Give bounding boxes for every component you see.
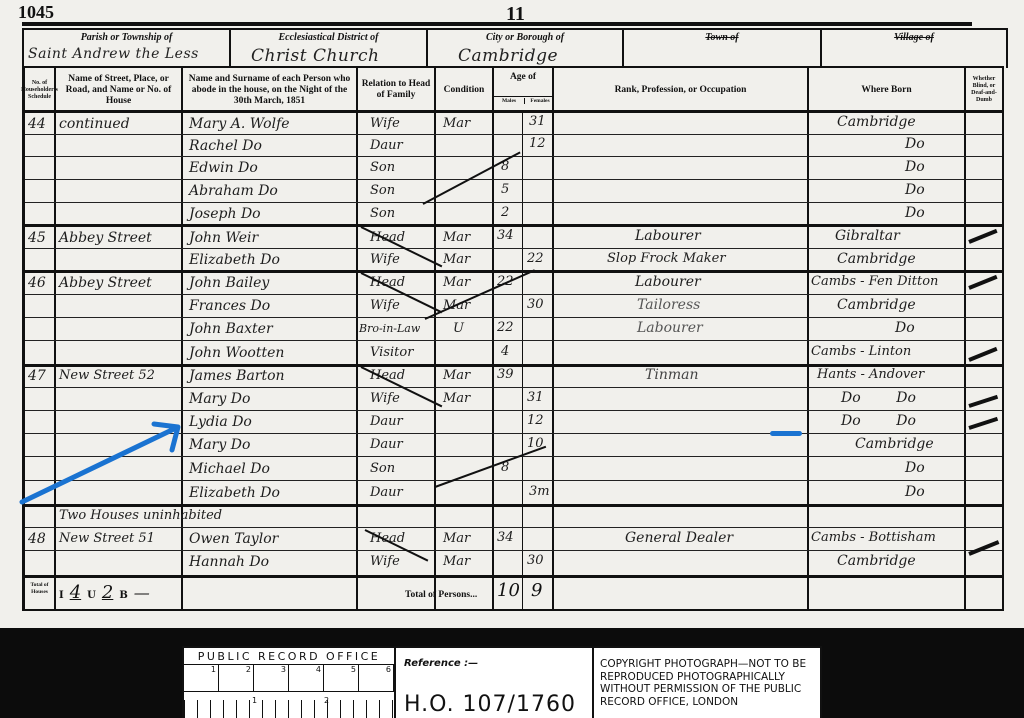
v-rule: [434, 112, 436, 609]
person-name: Owen Taylor: [189, 529, 278, 549]
street-address: New Street 51: [59, 529, 155, 549]
male-age: 22: [497, 318, 514, 338]
reference-value: H.O. 107/1760: [404, 692, 576, 717]
relation: Son: [370, 181, 395, 201]
scale-mark: 5: [324, 665, 359, 691]
male-age: 34: [497, 226, 514, 246]
birthplace: Cambridge: [837, 249, 916, 269]
person-name: John Bailey: [189, 273, 269, 293]
v-rule: [964, 112, 966, 609]
eccl-value: Christ Church: [251, 46, 379, 66]
eccl-label: Ecclesiastical District of: [231, 32, 426, 43]
col-relation-header: Relation to Head of Family: [358, 68, 436, 112]
relation: Wife: [370, 296, 400, 316]
relation: Wife: [370, 552, 400, 572]
building-count: —: [134, 583, 150, 602]
relation: Son: [370, 204, 395, 224]
person-name: James Barton: [189, 366, 285, 386]
occupation: Labourer: [635, 226, 701, 246]
col-blind-header: Whether Blind, or Deaf-and-Dumb: [966, 68, 1002, 112]
relation: Bro-in-Law: [359, 319, 420, 339]
eccl-cell: Ecclesiastical District of Christ Church: [231, 30, 428, 68]
schedule-number: 47: [28, 366, 46, 386]
male-age: 4: [501, 342, 509, 362]
birthplace: Cambridge: [837, 295, 916, 315]
col-males-header: Males: [494, 98, 524, 104]
occupation: Slop Frock Maker: [607, 249, 726, 269]
female-age: 12: [529, 134, 546, 154]
row-rule: [25, 340, 1002, 341]
relation: Head: [370, 366, 405, 386]
female-age: 3m: [529, 482, 550, 502]
scale-mark: 4: [289, 665, 324, 691]
uninhabited-note: Two Houses uninhabited: [59, 506, 222, 526]
relation: Wife: [370, 114, 400, 134]
total-males: 10: [497, 580, 520, 601]
v-rule: [54, 112, 56, 609]
annotation-dash: [770, 431, 802, 436]
female-age: 30: [527, 551, 544, 571]
scale-mark: 1: [184, 665, 219, 691]
v-rule: [492, 112, 494, 609]
parish-value: Saint Andrew the Less: [28, 46, 199, 62]
male-age: 34: [497, 528, 514, 548]
schedule-number: 48: [28, 529, 46, 549]
village-cell: Village of: [822, 30, 1006, 68]
occupation: Labourer: [635, 272, 701, 292]
building-prefix: B: [119, 590, 127, 601]
birthplace: Cambridge: [837, 551, 916, 571]
census-table: No. of Householder's Schedule Name of St…: [22, 66, 1004, 611]
female-age: 22: [527, 249, 544, 269]
blind-mark: [968, 275, 997, 290]
relation: Daur: [370, 412, 403, 432]
total-houses-label: Total of Houses: [25, 578, 54, 609]
relation: Son: [370, 459, 395, 479]
condition: Mar: [443, 529, 470, 549]
v-rule: [181, 112, 183, 609]
inhabited-prefix: I: [59, 590, 64, 601]
relation: Son: [370, 158, 395, 178]
birthplace: Cambridge: [837, 112, 916, 132]
person-name: Lydia Do: [189, 412, 252, 432]
birthplace: Do: [905, 203, 925, 223]
birthplace: Do: [905, 482, 925, 502]
occupation: Tailoress: [637, 295, 700, 315]
occupation: General Dealer: [625, 528, 733, 548]
street-address: Abbey Street: [59, 228, 152, 248]
age-of-label: Age of: [510, 72, 536, 83]
male-age: 2: [501, 203, 509, 223]
blind-mark: [968, 395, 998, 408]
city-label: City or Borough of: [428, 32, 622, 43]
v-rule: [356, 112, 358, 609]
person-name: Michael Do: [189, 459, 270, 479]
scale-mark: 6: [359, 665, 394, 691]
birthplace: Do: [905, 180, 925, 200]
col-name-header: Name and Surname of each Person who abod…: [183, 68, 358, 112]
relation: Daur: [370, 136, 403, 156]
top-rule: [22, 22, 972, 26]
age-divider: [494, 96, 554, 97]
female-age: 31: [529, 112, 546, 132]
birthplace: Cambs - Linton: [811, 342, 911, 362]
male-age: 5: [501, 180, 509, 200]
row-rule: [25, 134, 1002, 135]
condition: Mar: [443, 552, 470, 572]
total-females: 9: [531, 580, 542, 601]
birthplace: Cambridge: [855, 434, 934, 454]
birthplace: Do: [895, 318, 915, 338]
copyright-notice: COPYRIGHT PHOTOGRAPH—NOT TO BE REPRODUCE…: [594, 648, 820, 718]
col-occupation-header: Rank, Profession, or Occupation: [554, 68, 809, 112]
birthplace: Do Do: [841, 388, 916, 408]
birthplace: Hants - Andover: [817, 365, 924, 385]
cm-scale: 1 2 3 4 5 6: [184, 665, 394, 692]
scale-panel: PUBLIC RECORD OFFICE 1 2 3 4 5 6 1 2: [184, 648, 396, 718]
uninhabited-count: 2: [102, 582, 113, 603]
condition: Mar: [443, 389, 470, 409]
col-schedule-header: No. of Householder's Schedule: [25, 68, 56, 112]
blind-mark: [968, 347, 997, 362]
totals-rule: [25, 575, 1002, 578]
birthplace: Cambs - Bottisham: [811, 528, 936, 548]
row-rule: [25, 202, 1002, 203]
col-females-header: Females: [524, 98, 555, 104]
schedule-number: 46: [28, 273, 46, 293]
birthplace: Do: [905, 134, 925, 154]
relation: Daur: [370, 435, 403, 455]
scale-mark: 3: [254, 665, 289, 691]
street-address: continued: [59, 114, 130, 134]
relation: Wife: [370, 389, 400, 409]
reference-label: Reference :—: [404, 658, 478, 669]
reference-panel: Reference :— H.O. 107/1760: [396, 648, 594, 718]
person-name: John Weir: [189, 228, 258, 248]
col-age-header: Age of: [494, 68, 554, 112]
person-name: Edwin Do: [189, 158, 258, 178]
condition: Mar: [443, 114, 470, 134]
relation: Daur: [370, 483, 403, 503]
parish-cell: Parish or Township of Saint Andrew the L…: [24, 30, 231, 68]
birthplace: Gibraltar: [835, 226, 900, 246]
inhabited-count: 4: [70, 582, 81, 603]
office-title: PUBLIC RECORD OFFICE: [184, 648, 394, 665]
female-age: 12: [527, 411, 544, 431]
person-name: Abraham Do: [189, 181, 278, 201]
v-rule: [552, 112, 554, 609]
schedule-number: 45: [28, 228, 46, 248]
city-value: Cambridge: [458, 46, 558, 66]
person-name: John Baxter: [189, 319, 273, 339]
occupation: Labourer: [637, 318, 703, 338]
person-name: Mary Do: [189, 389, 250, 409]
relation: Visitor: [370, 343, 413, 363]
col-street-header: Name of Street, Place, or Road, and Name…: [56, 68, 183, 112]
condition: U: [453, 319, 464, 339]
schedule-number: 44: [28, 114, 46, 134]
col-condition-header: Condition: [436, 68, 494, 112]
uninhabited-prefix: U: [87, 590, 96, 601]
person-name: Elizabeth Do: [189, 483, 280, 503]
relation: Wife: [370, 250, 400, 270]
person-name: Mary Do: [189, 435, 250, 455]
occupation: Tinman: [645, 365, 698, 385]
city-cell: City or Borough of Cambridge: [428, 30, 624, 68]
person-name: Mary A. Wolfe: [189, 114, 290, 134]
person-name: Rachel Do: [189, 136, 262, 156]
condition: Mar: [443, 250, 470, 270]
inch-scale: [184, 700, 394, 718]
blind-mark: [968, 229, 997, 244]
male-age: 39: [497, 365, 514, 385]
village-label: Village of: [822, 32, 1006, 43]
v-rule: [807, 112, 809, 609]
street-address: Abbey Street: [59, 273, 152, 293]
blind-mark: [968, 417, 998, 430]
parish-label: Parish or Township of: [24, 32, 229, 43]
birthplace: Cambs - Fen Ditton: [811, 272, 938, 292]
town-cell: Town of: [624, 30, 822, 68]
birthplace: Do: [905, 157, 925, 177]
condition: Mar: [443, 228, 470, 248]
folio-mark: 1045: [18, 2, 54, 23]
total-persons-label: Total of Persons...: [405, 590, 477, 600]
blind-mark: [968, 540, 999, 556]
condition: Mar: [443, 273, 470, 293]
female-age: 31: [527, 388, 544, 408]
person-name: Hannah Do: [189, 552, 269, 572]
person-name: Joseph Do: [189, 204, 261, 224]
scale-mark: 2: [219, 665, 254, 691]
town-label: Town of: [624, 32, 820, 43]
person-name: John Wootten: [189, 343, 284, 363]
district-header: Parish or Township of Saint Andrew the L…: [22, 28, 1008, 68]
public-record-office-label: PUBLIC RECORD OFFICE 1 2 3 4 5 6 1 2 Ref…: [182, 646, 822, 718]
person-name: Elizabeth Do: [189, 250, 280, 270]
col-born-header: Where Born: [809, 68, 966, 112]
birthplace: Do: [905, 458, 925, 478]
house-totals: I 4 U 2 B —: [59, 582, 150, 603]
v-rule: [522, 112, 523, 609]
condition: Mar: [443, 366, 470, 386]
row-rule: [25, 179, 1002, 180]
person-name: Frances Do: [189, 296, 270, 316]
annotation-arrow-icon: [18, 418, 198, 508]
street-address: New Street 52: [59, 366, 155, 386]
birthplace: Do Do: [841, 411, 916, 431]
female-age: 30: [527, 295, 544, 315]
